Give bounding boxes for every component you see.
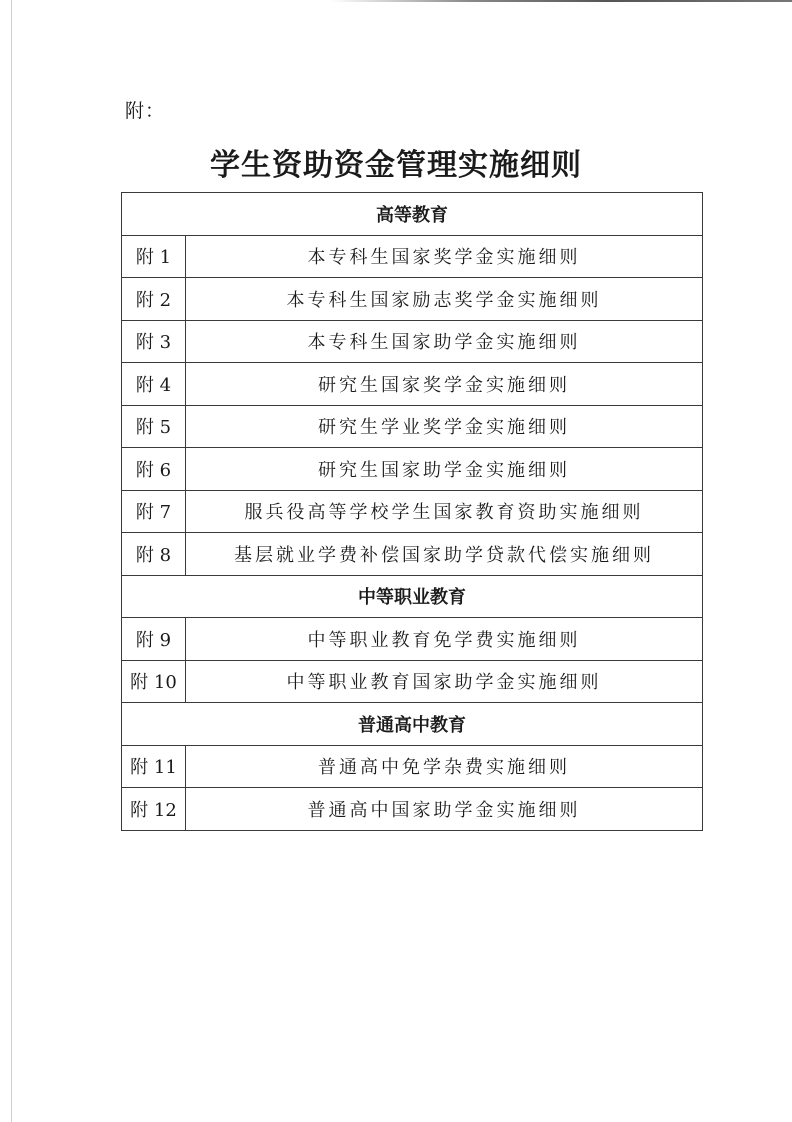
attachment-number: 附 8 xyxy=(122,533,186,576)
attachment-title: 中等职业教育国家助学金实施细则 xyxy=(186,660,703,703)
table-row: 附 7 服兵役高等学校学生国家教育资助实施细则 xyxy=(122,490,703,533)
table-row: 附 11 普通高中免学杂费实施细则 xyxy=(122,745,703,788)
section-heading-general-high-school: 普通高中教育 xyxy=(122,703,703,746)
attachment-index-table: 高等教育 附 1 本专科生国家奖学金实施细则 附 2 本专科生国家励志奖学金实施… xyxy=(121,192,703,831)
section-row: 高等教育 xyxy=(122,193,703,236)
attachment-title: 服兵役高等学校学生国家教育资助实施细则 xyxy=(186,490,703,533)
attachment-number: 附 7 xyxy=(122,490,186,533)
page-title: 学生资助资金管理实施细则 xyxy=(0,140,792,184)
attachment-number: 附 11 xyxy=(122,745,186,788)
attachment-title: 中等职业教育免学费实施细则 xyxy=(186,618,703,661)
section-heading-secondary-vocational: 中等职业教育 xyxy=(122,575,703,618)
attachment-title: 研究生国家奖学金实施细则 xyxy=(186,363,703,406)
attachment-number: 附 3 xyxy=(122,320,186,363)
section-row: 中等职业教育 xyxy=(122,575,703,618)
scan-edge-top xyxy=(330,0,792,2)
section-heading-higher-education: 高等教育 xyxy=(122,193,703,236)
attachment-number: 附 6 xyxy=(122,448,186,491)
table-row: 附 10 中等职业教育国家助学金实施细则 xyxy=(122,660,703,703)
table-row: 附 12 普通高中国家助学金实施细则 xyxy=(122,788,703,831)
table-row: 附 9 中等职业教育免学费实施细则 xyxy=(122,618,703,661)
table-row: 附 3 本专科生国家助学金实施细则 xyxy=(122,320,703,363)
attachment-title: 本专科生国家励志奖学金实施细则 xyxy=(186,278,703,321)
attachment-number: 附 10 xyxy=(122,660,186,703)
table-row: 附 1 本专科生国家奖学金实施细则 xyxy=(122,235,703,278)
table-row: 附 5 研究生学业奖学金实施细则 xyxy=(122,405,703,448)
attachment-title: 本专科生国家奖学金实施细则 xyxy=(186,235,703,278)
table-row: 附 2 本专科生国家励志奖学金实施细则 xyxy=(122,278,703,321)
table-row: 附 4 研究生国家奖学金实施细则 xyxy=(122,363,703,406)
attachment-title: 本专科生国家助学金实施细则 xyxy=(186,320,703,363)
attachment-number: 附 1 xyxy=(122,235,186,278)
attachment-title: 研究生国家助学金实施细则 xyxy=(186,448,703,491)
attachment-title: 普通高中免学杂费实施细则 xyxy=(186,745,703,788)
attachment-title: 基层就业学费补偿国家助学贷款代偿实施细则 xyxy=(186,533,703,576)
attachment-number: 附 5 xyxy=(122,405,186,448)
attachment-number: 附 12 xyxy=(122,788,186,831)
attachment-label: 附： xyxy=(125,96,165,123)
attachment-title: 普通高中国家助学金实施细则 xyxy=(186,788,703,831)
attachment-number: 附 9 xyxy=(122,618,186,661)
attachment-number: 附 4 xyxy=(122,363,186,406)
table-row: 附 6 研究生国家助学金实施细则 xyxy=(122,448,703,491)
attachment-title: 研究生学业奖学金实施细则 xyxy=(186,405,703,448)
table-row: 附 8 基层就业学费补偿国家助学贷款代偿实施细则 xyxy=(122,533,703,576)
section-row: 普通高中教育 xyxy=(122,703,703,746)
attachment-number: 附 2 xyxy=(122,278,186,321)
